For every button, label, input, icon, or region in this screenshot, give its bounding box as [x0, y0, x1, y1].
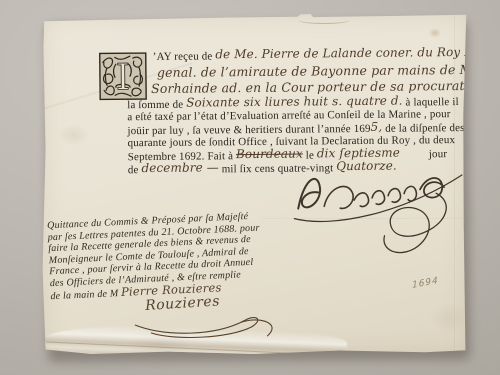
handwritten-year-digit: 5, [371, 120, 383, 134]
printed-laquelle: à laquelle il [405, 96, 458, 109]
photo-background: I ’AY reçeu de de Me. Pierre de Lalande … [0, 0, 500, 375]
year-annotation: 1694 [412, 276, 439, 291]
document-content: I ’AY reçeu de de Me. Pierre de Lalande … [38, 11, 469, 357]
printed-body-2b: de la diſpenſe des [385, 122, 464, 135]
handwritten-procuration-line: Sorhainde ad. en la Cour porteur de sa p… [151, 78, 500, 96]
receipt-line-3: Sorhainde ad. en la Cour porteur de sa p… [151, 79, 500, 95]
quittance-block: Quittance du Commis & Préposé par ſa Maj… [47, 207, 340, 302]
clerk-signature-text: Rouzieres [145, 293, 221, 314]
printed-date-4: de [128, 164, 139, 176]
woodcut-initial-block: I [99, 52, 147, 100]
document-paper: I ’AY reçeu de de Me. Pierre de Lalande … [40, 13, 468, 355]
drop-cap-letter: I [116, 57, 131, 98]
handwritten-payer-name: de Me. Pierre de Lalande coner. du Roy L… [215, 44, 500, 61]
printed-main-de: de la main de M [50, 288, 118, 302]
receipt-line-2: genal. de l’amiraute de Bayonne par main… [157, 63, 500, 79]
printed-intro: ’AY reçeu de [153, 50, 213, 63]
woodcut-initial-engraving: I [99, 52, 147, 100]
handwritten-amount: Soixante six liures huit s. quatre d. [186, 94, 403, 110]
clerk-signature-block: Rouzieres [145, 293, 315, 339]
printed-somme-label: la ſomme de [127, 99, 183, 112]
clerk-signature-flourish [129, 312, 289, 340]
handwritten-month: decembre — [141, 160, 218, 175]
